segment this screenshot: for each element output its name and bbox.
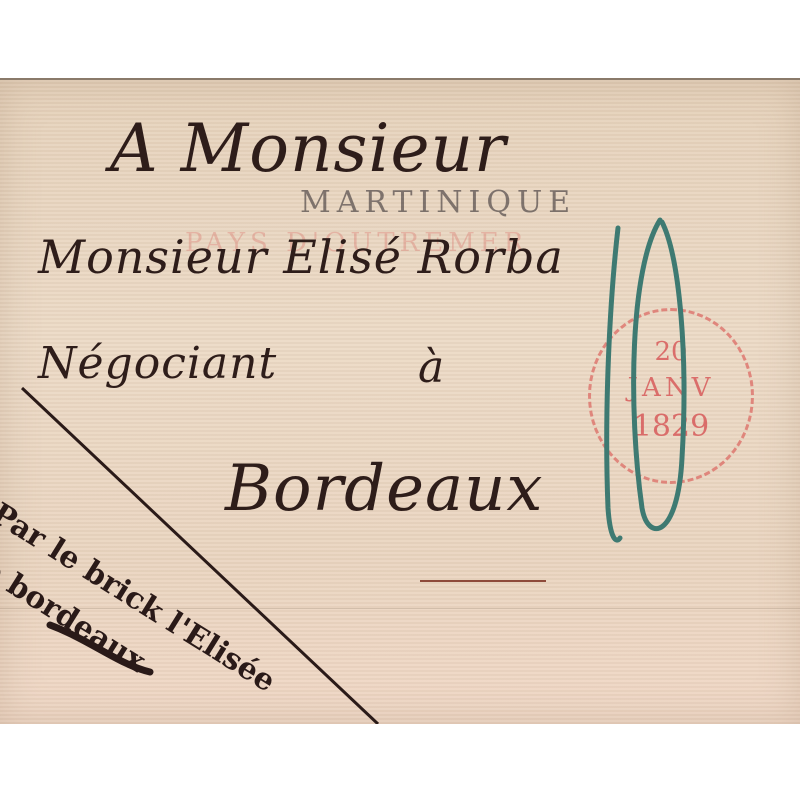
letter-cover: PAYS D'OUTREMER MARTINIQUE A Monsieur Mo… <box>0 78 800 724</box>
route-divider-line <box>0 80 800 724</box>
